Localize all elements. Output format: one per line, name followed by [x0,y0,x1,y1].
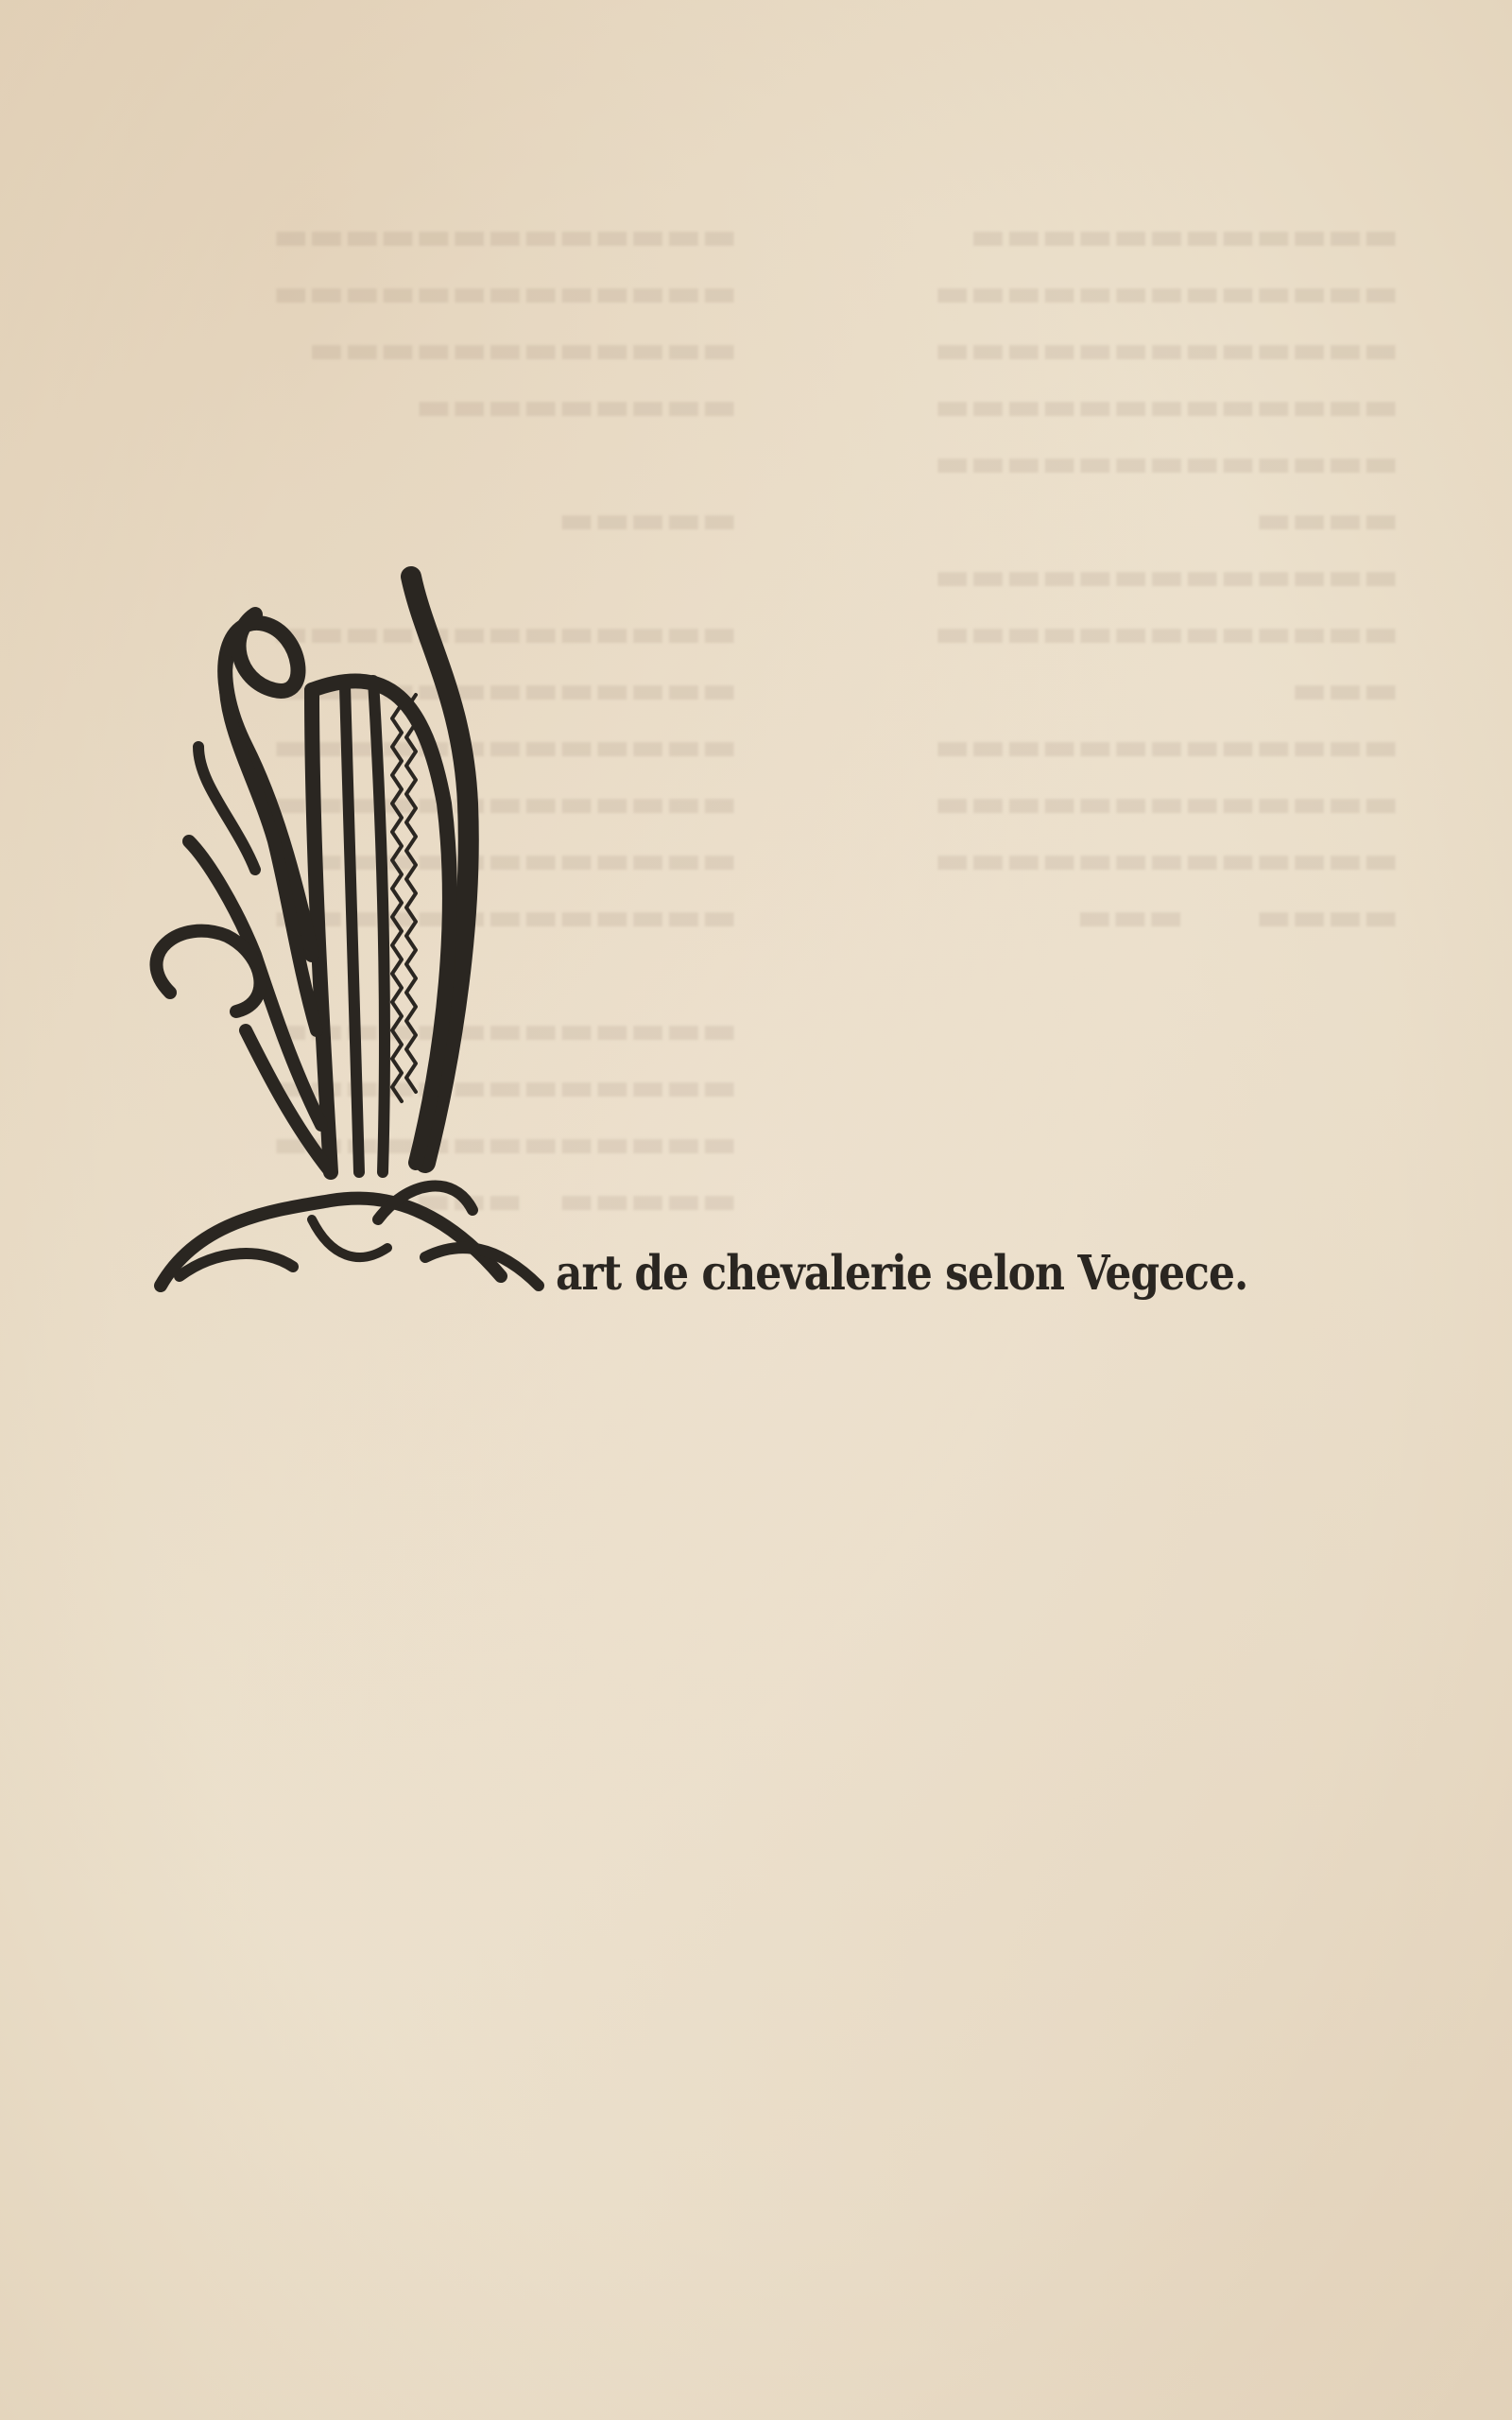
paper-page: ▬▬▬▬▬▬▬▬▬▬▬▬▬ ▬▬▬▬▬▬▬▬▬▬▬▬▬ ▬▬▬▬▬▬▬▬▬▬▬▬… [0,0,1512,2420]
woodcut-initial-l-icon [142,558,558,1314]
section-heading: art de chevalerie selon Vegece. [556,1246,1247,1302]
bleed-through-right-column: ▬▬▬▬▬▬▬▬▬▬▬▬ ▬▬▬▬▬▬▬▬▬▬▬▬▬ ▬▬▬▬▬▬▬▬▬▬▬▬▬… [784,208,1399,945]
